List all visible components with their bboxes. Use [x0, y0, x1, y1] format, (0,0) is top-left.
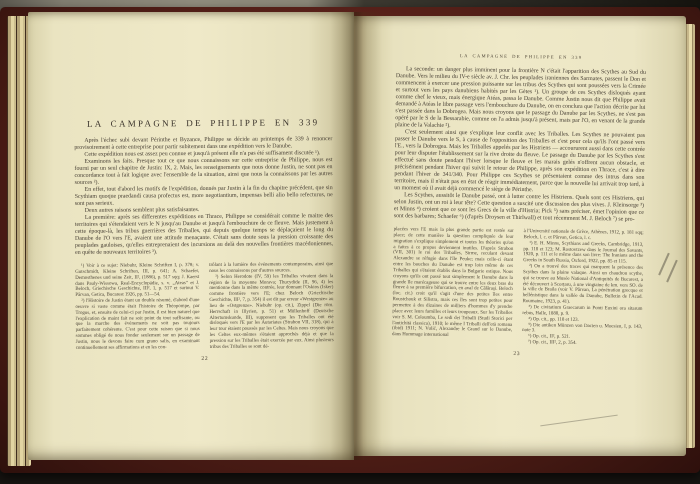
paragraph-7: La seconde: un danger plus imminent pour…: [395, 66, 646, 133]
footnote-column-right: à l'Université nationale de Grèce, Athèn…: [522, 229, 644, 348]
paragraph-4: En effet, tout d'abord les motifs de l'e…: [75, 185, 333, 208]
footnote-2: ²) l'Histoire de Justin étant un double …: [75, 298, 199, 351]
page-number-left: 22: [76, 355, 334, 363]
page-number-right: 23: [392, 349, 642, 359]
footnote-column-left: placées vers l'E mais la plus grande par…: [392, 227, 514, 346]
footnote-10: ⁷) Op. cit., III², 2, p. 354.: [522, 340, 642, 348]
footnote-2-continuation: trôlant à la lumière des événements cont…: [209, 262, 333, 275]
right-page-footnotes: placées vers l'E mais la plus grande par…: [392, 227, 644, 348]
paragraph-8: C'est seulement ainsi que s'explique leu…: [394, 129, 645, 196]
left-page: LA CAMPAGNE DE PHILIPPE EN 339 Après l'é…: [28, 12, 354, 460]
footnote-3-continuation: placées vers l'E mais la plus grande par…: [392, 227, 514, 340]
footnote-column-right: trôlant à la lumière des événements cont…: [209, 262, 334, 351]
left-page-content: LA CAMPAGNE DE PHILIPPE EN 339 Après l'é…: [74, 117, 334, 362]
footnote-5: ²) On a trouvé des traces qui marquent l…: [523, 264, 644, 307]
left-page-footnotes: ¹) Voir à ce sujet: Niebuhr, Kleine Schr…: [75, 262, 334, 351]
paragraph-6: La première: après ses differentes expéd…: [75, 213, 333, 257]
right-page-content: LA CAMPAGNE DE PHILIPPE EN 339 La second…: [392, 52, 646, 359]
footnote-column-left: ¹) Voir à ce sujet: Niebuhr, Kleine Schr…: [75, 263, 200, 352]
book-scan: LA CAMPAGNE DE PHILIPPE EN 339 Après l'é…: [0, 0, 700, 484]
footnote-3: ³) Selon Herodote (IV, 59) les Triballes…: [209, 274, 334, 351]
footnote-4: ¹) E. H. Minns, Scythians and Greeks, Ca…: [523, 241, 643, 266]
footnote-1: ¹) Voir à ce sujet: Niebuhr, Kleine Schr…: [75, 263, 199, 299]
running-header: LA CAMPAGNE DE PHILIPPE EN 339: [396, 52, 646, 61]
paragraph-3: Examinons les faits. Presque tout ce que…: [74, 157, 332, 187]
chapter-title: LA CAMPAGNE DE PHILIPPE EN 339: [74, 117, 332, 129]
right-page: LA CAMPAGNE DE PHILIPPE EN 339 La second…: [354, 16, 686, 456]
paragraph-9: Les Scythes, aussitôt le Danube passé, o…: [394, 192, 644, 224]
